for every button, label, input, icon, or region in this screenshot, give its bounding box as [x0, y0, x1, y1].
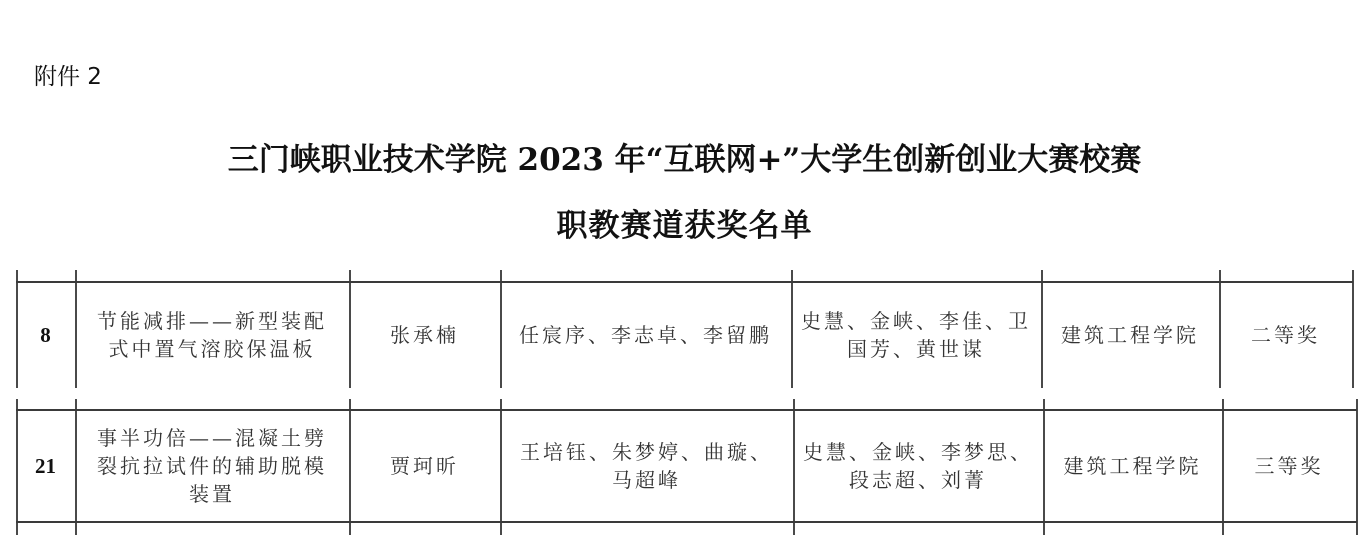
team-leader: 张承楠	[349, 282, 500, 388]
team-members: 王培钰、朱梦婷、曲璇、马超峰	[500, 410, 793, 521]
award-level: 二等奖	[1219, 282, 1352, 388]
document-subtitle: 职教赛道获奖名单	[0, 200, 1369, 245]
column-border	[1356, 399, 1358, 535]
team-members: 任宸序、李志卓、李留鹏	[500, 282, 791, 388]
advisors: 史慧、金峡、李佳、卫国芳、黄世谋	[791, 282, 1041, 388]
document-title: 三门峡职业技术学院 2023 年“互联网+”大学生创新创业大赛校赛	[0, 134, 1369, 179]
college: 建筑工程学院	[1043, 410, 1222, 521]
column-border	[1352, 270, 1354, 388]
college: 建筑工程学院	[1041, 282, 1219, 388]
table-fragment-1: 8 节能减排——新型装配式中置气溶胶保温板 张承楠 任宸序、李志卓、李留鹏 史慧…	[0, 270, 1369, 388]
row-number: 8	[16, 282, 75, 388]
attachment-label: 附件 2	[34, 58, 102, 91]
project-name: 节能减排——新型装配式中置气溶胶保温板	[75, 282, 349, 388]
row-border	[16, 521, 1357, 523]
table-fragment-2: 21 事半功倍——混凝土劈裂抗拉试件的辅助脱模装置 贾珂昕 王培钰、朱梦婷、曲璇…	[0, 399, 1369, 535]
advisors: 史慧、金峡、李梦思、段志超、刘菁	[793, 410, 1043, 521]
project-name: 事半功倍——混凝土劈裂抗拉试件的辅助脱模装置	[75, 410, 349, 521]
award-level: 三等奖	[1222, 410, 1356, 521]
team-leader: 贾珂昕	[349, 410, 500, 521]
row-number: 21	[16, 410, 75, 521]
